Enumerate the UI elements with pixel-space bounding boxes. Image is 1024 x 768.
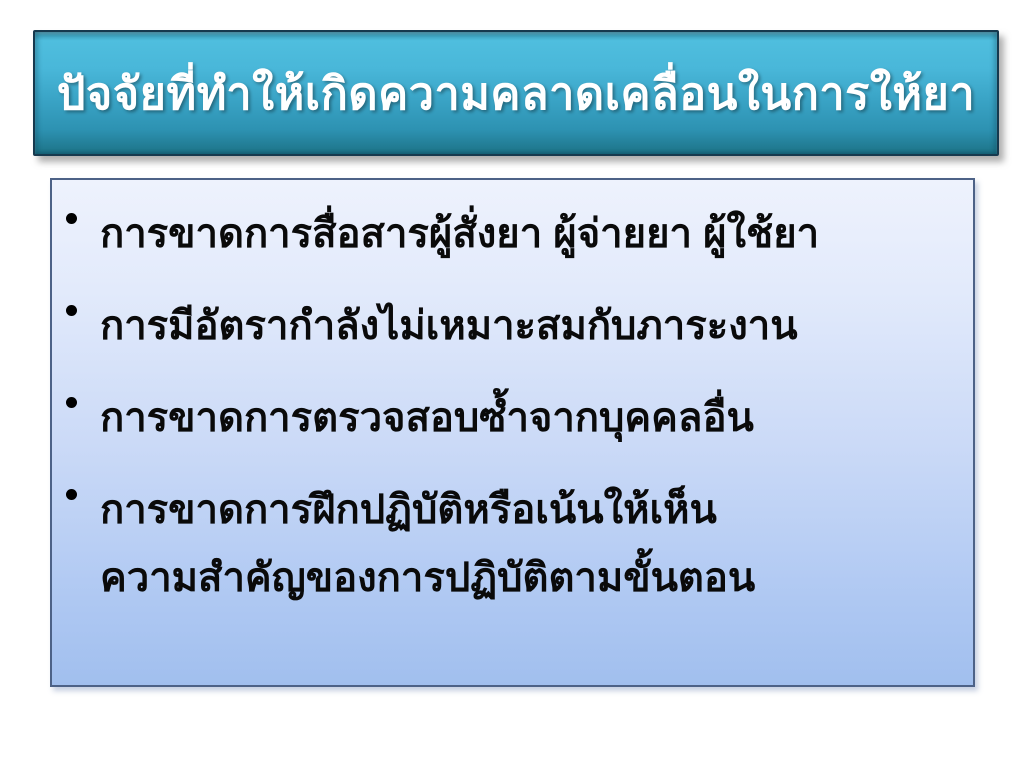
bullet-text-2: การมีอัตรากำลังไม่เหมาะสมกับภาระงาน — [100, 292, 798, 360]
bullet-text-4-line-1: การขาดการฝึกปฏิบัติหรือเน้นให้เห็น — [100, 476, 755, 544]
bullet-text-4-line-2: ความสำคัญของการปฏิบัติตามขั้นตอน — [100, 544, 755, 612]
slide-title: ปัจจัยที่ทำให้เกิดความคลาดเคลื่อนในการให… — [57, 57, 975, 129]
title-banner: ปัจจัยที่ทำให้เกิดความคลาดเคลื่อนในการให… — [33, 30, 999, 156]
bullet-dot — [66, 397, 77, 408]
bullet-item-2: การมีอัตรากำลังไม่เหมาะสมกับภาระงาน — [66, 292, 955, 360]
content-panel: การขาดการสื่อสารผู้สั่งยา ผู้จ่ายยา ผู้ใ… — [50, 178, 975, 687]
bullet-text-3: การขาดการตรวจสอบซ้ำจากบุคคลอื่น — [100, 384, 754, 452]
bullet-text-1: การขาดการสื่อสารผู้สั่งยา ผู้จ่ายยา ผู้ใ… — [100, 200, 819, 268]
bullet-item-1: การขาดการสื่อสารผู้สั่งยา ผู้จ่ายยา ผู้ใ… — [66, 200, 955, 268]
bullet-list: การขาดการสื่อสารผู้สั่งยา ผู้จ่ายยา ผู้ใ… — [66, 200, 955, 612]
bullet-item-3: การขาดการตรวจสอบซ้ำจากบุคคลอื่น — [66, 384, 955, 452]
bullet-dot — [66, 305, 77, 316]
bullet-item-4: การขาดการฝึกปฏิบัติหรือเน้นให้เห็น ความส… — [66, 476, 955, 612]
bullet-dot — [66, 213, 77, 224]
slide: { "slide": { "title": "ปัจจัยที่ทำให้เกิ… — [0, 0, 1024, 768]
bullet-dot — [66, 489, 77, 500]
